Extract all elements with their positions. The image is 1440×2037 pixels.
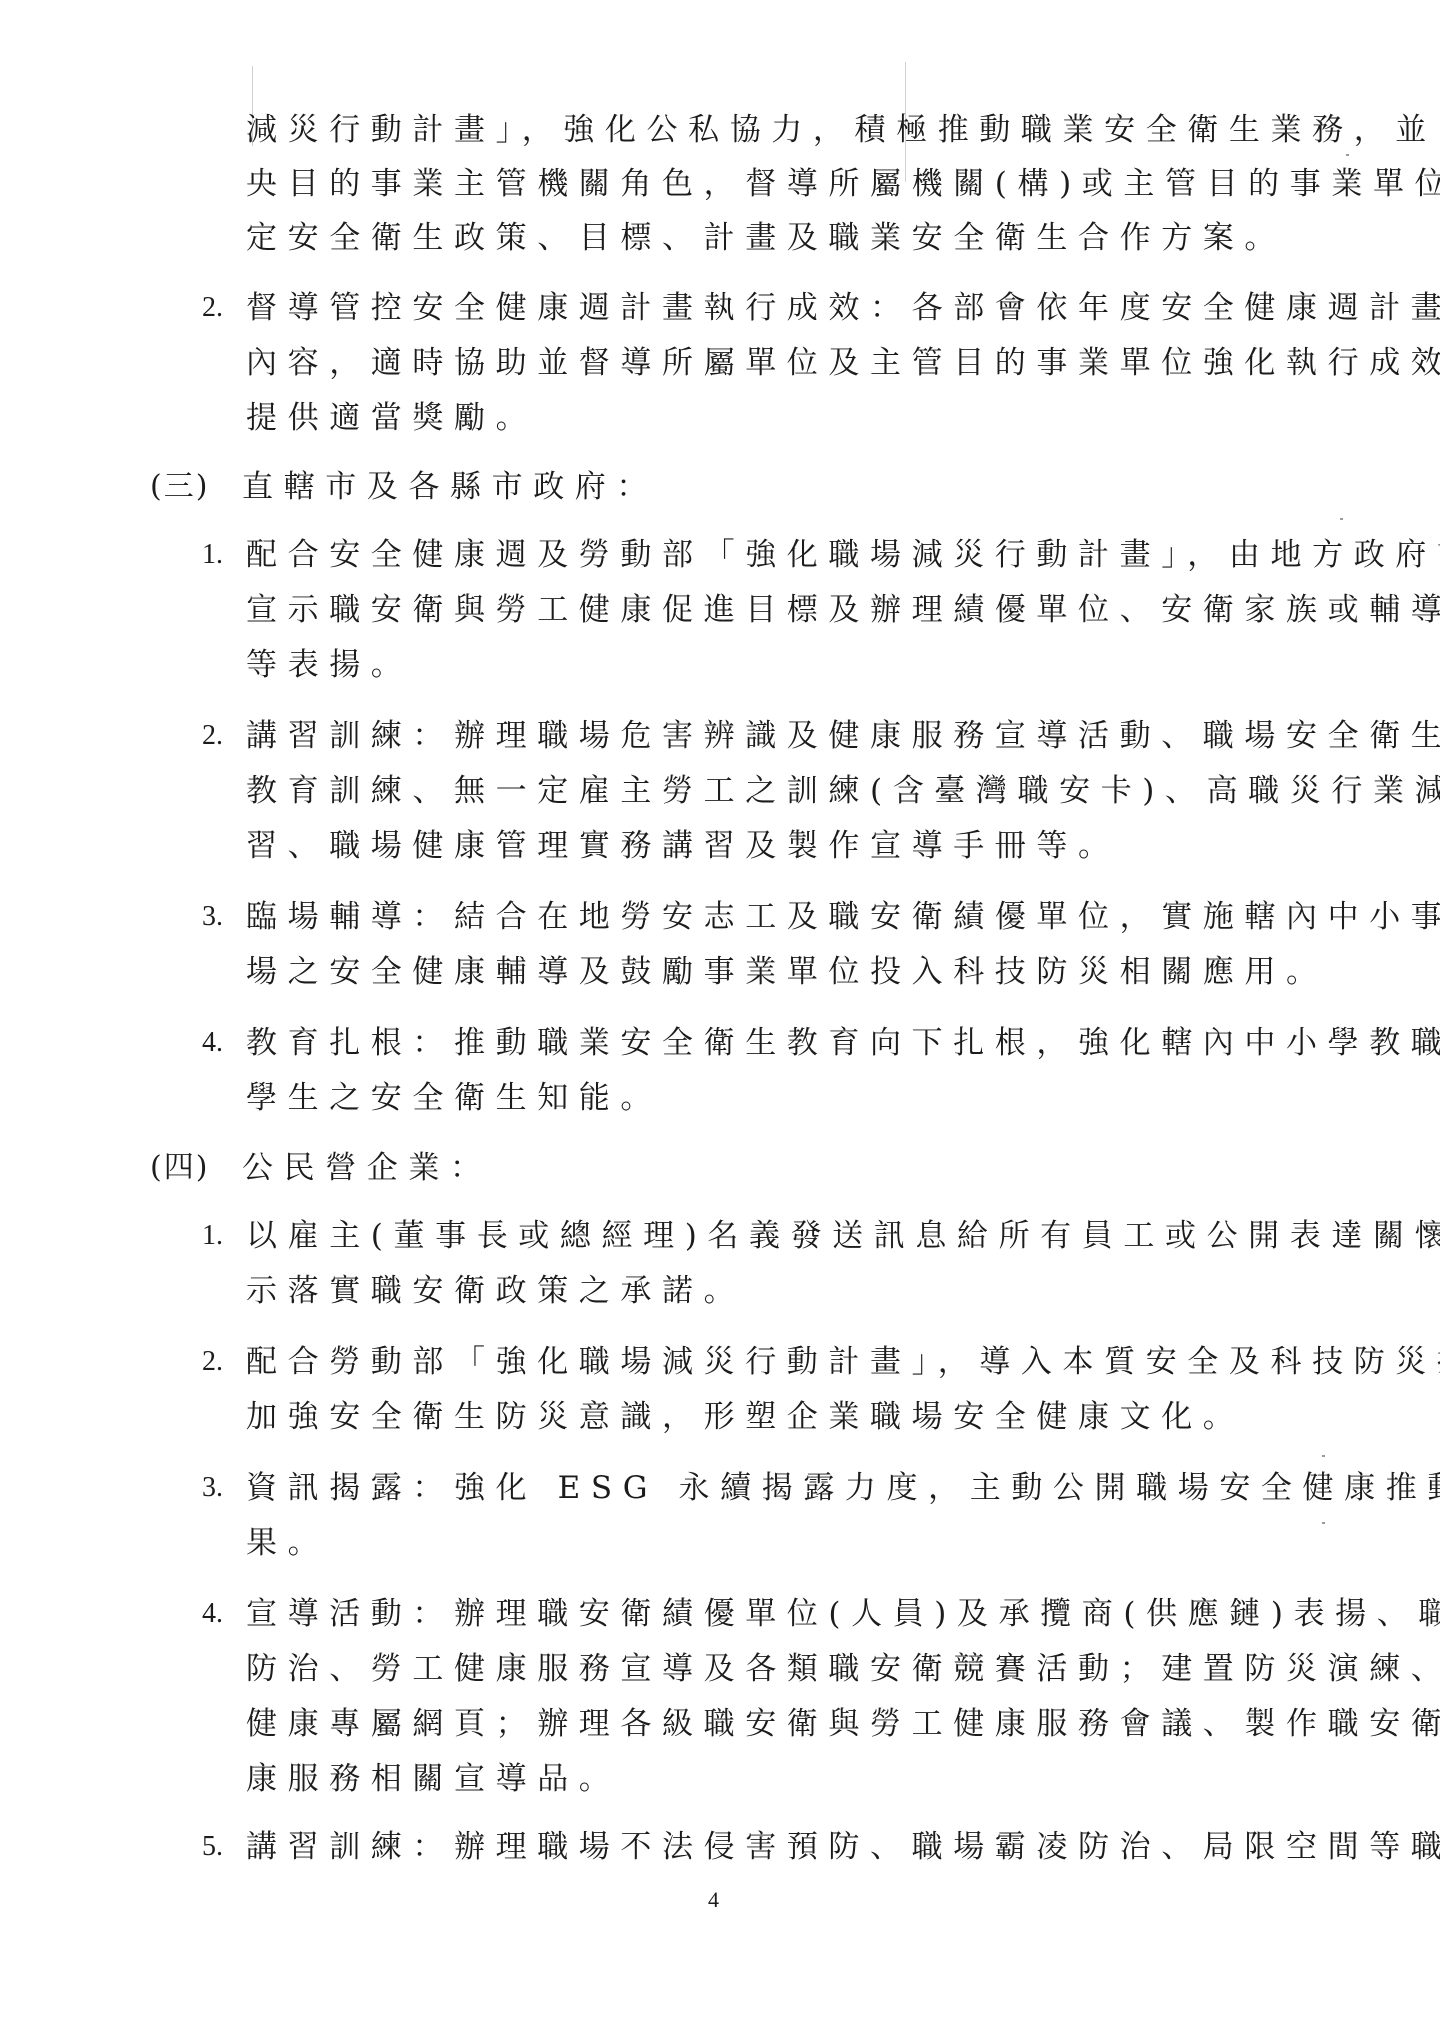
section-title: 直轄市及各縣市政府： <box>242 467 658 507</box>
list-item-line: 宣導活動：辦理職安衛績優單位(人員)及承攬商(供應鏈)表揚、職場霸凌 <box>246 1594 1440 1634</box>
list-item-line: 加強安全衛生防災意識，形塑企業職場安全健康文化。 <box>246 1397 1244 1437</box>
list-item-line: 講習訓練：辦理職場不法侵害預防、職場霸凌防治、局限空間等職場危 <box>246 1827 1440 1867</box>
list-item-line: 健康專屬網頁；辦理各級職安衛與勞工健康服務會議、製作職安衛及健 <box>246 1704 1440 1744</box>
list-item-line: 內容，適時協助並督導所屬單位及主管目的事業單位強化執行成效，並 <box>246 343 1440 383</box>
list-item-index: 1. <box>202 535 223 575</box>
scan-speck <box>1346 154 1349 156</box>
scan-speck <box>1322 1522 1325 1524</box>
section-index: (四) <box>150 1148 209 1188</box>
list-item-line: 配合勞動部「強化職場減災行動計畫」，導入本質安全及科技防災技術， <box>246 1342 1440 1382</box>
list-item-line: 等表揚。 <box>246 645 412 685</box>
list-item-index: 3. <box>202 897 223 937</box>
list-item-index: 2. <box>202 1342 223 1382</box>
list-item-line: 講習訓練：辦理職場危害辨識及健康服務宣導活動、職場安全衛生在職 <box>246 716 1440 756</box>
scan-speck <box>1340 518 1343 520</box>
scan-speck <box>1322 1455 1325 1457</box>
list-item-index: 3. <box>202 1468 223 1508</box>
list-item-line: 臨場輔導：結合在地勞安志工及職安衛績優單位，實施轄內中小事業廠 <box>246 897 1440 937</box>
list-item-line: 示落實職安衛政策之承諾。 <box>246 1271 745 1311</box>
section-title: 公民營企業： <box>242 1148 492 1188</box>
paragraph-line: 減災行動計畫」，強化公私協力，積極推動職業安全衛生業務，並以中 <box>246 110 1440 150</box>
list-item-line: 教育扎根：推動職業安全衛生教育向下扎根，強化轄內中小學教職員及 <box>246 1023 1440 1063</box>
list-item-index: 4. <box>202 1594 223 1634</box>
list-item-index: 1. <box>202 1216 223 1256</box>
page-number: 4 <box>708 1885 719 1915</box>
section-index: (三) <box>150 467 209 507</box>
list-item-line: 果。 <box>246 1523 329 1563</box>
list-item-line: 教育訓練、無一定雇主勞工之訓練(含臺灣職安卡)、高職災行業減災講 <box>246 771 1440 811</box>
paragraph-line: 定安全衛生政策、目標、計畫及職業安全衛生合作方案。 <box>246 218 1286 258</box>
list-item-line: 防治、勞工健康服務宣導及各類職安衛競賽活動；建置防災演練、安全 <box>246 1649 1440 1689</box>
list-item-index: 4. <box>202 1023 223 1063</box>
list-item-index: 5. <box>202 1827 223 1867</box>
list-item-line: 學生之安全衛生知能。 <box>246 1078 662 1118</box>
list-item-line: 配合安全健康週及勞動部「強化職場減災行動計畫」，由地方政府首長 <box>246 535 1440 575</box>
list-item-index: 2. <box>202 716 223 756</box>
list-item-line: 督導管控安全健康週計畫執行成效：各部會依年度安全健康週計畫活動 <box>246 288 1440 328</box>
list-item-line: 宣示職安衛與勞工健康促進目標及辦理績優單位、安衛家族或輔導志工 <box>246 590 1440 630</box>
list-item-line: 習、職場健康管理實務講習及製作宣導手冊等。 <box>246 826 1120 866</box>
list-item-line: 提供適當獎勵。 <box>246 398 537 438</box>
list-item-line: 康服務相關宣導品。 <box>246 1759 620 1799</box>
document-page: 減災行動計畫」，強化公私協力，積極推動職業安全衛生業務，並以中 央目的事業主管機… <box>0 0 1440 2037</box>
list-item-line: 以雇主(董事長或總經理)名義發送訊息給所有員工或公開表達關懷，並宣 <box>246 1216 1440 1256</box>
list-item-line: 資訊揭露：強化 ESG 永續揭露力度，主動公開職場安全健康推動績效成 <box>246 1468 1440 1508</box>
list-item-line: 場之安全健康輔導及鼓勵事業單位投入科技防災相關應用。 <box>246 952 1328 992</box>
list-item-index: 2. <box>202 288 223 328</box>
paragraph-line: 央目的事業主管機關角色，督導所屬機關(構)或主管目的事業單位推展所 <box>246 164 1440 204</box>
